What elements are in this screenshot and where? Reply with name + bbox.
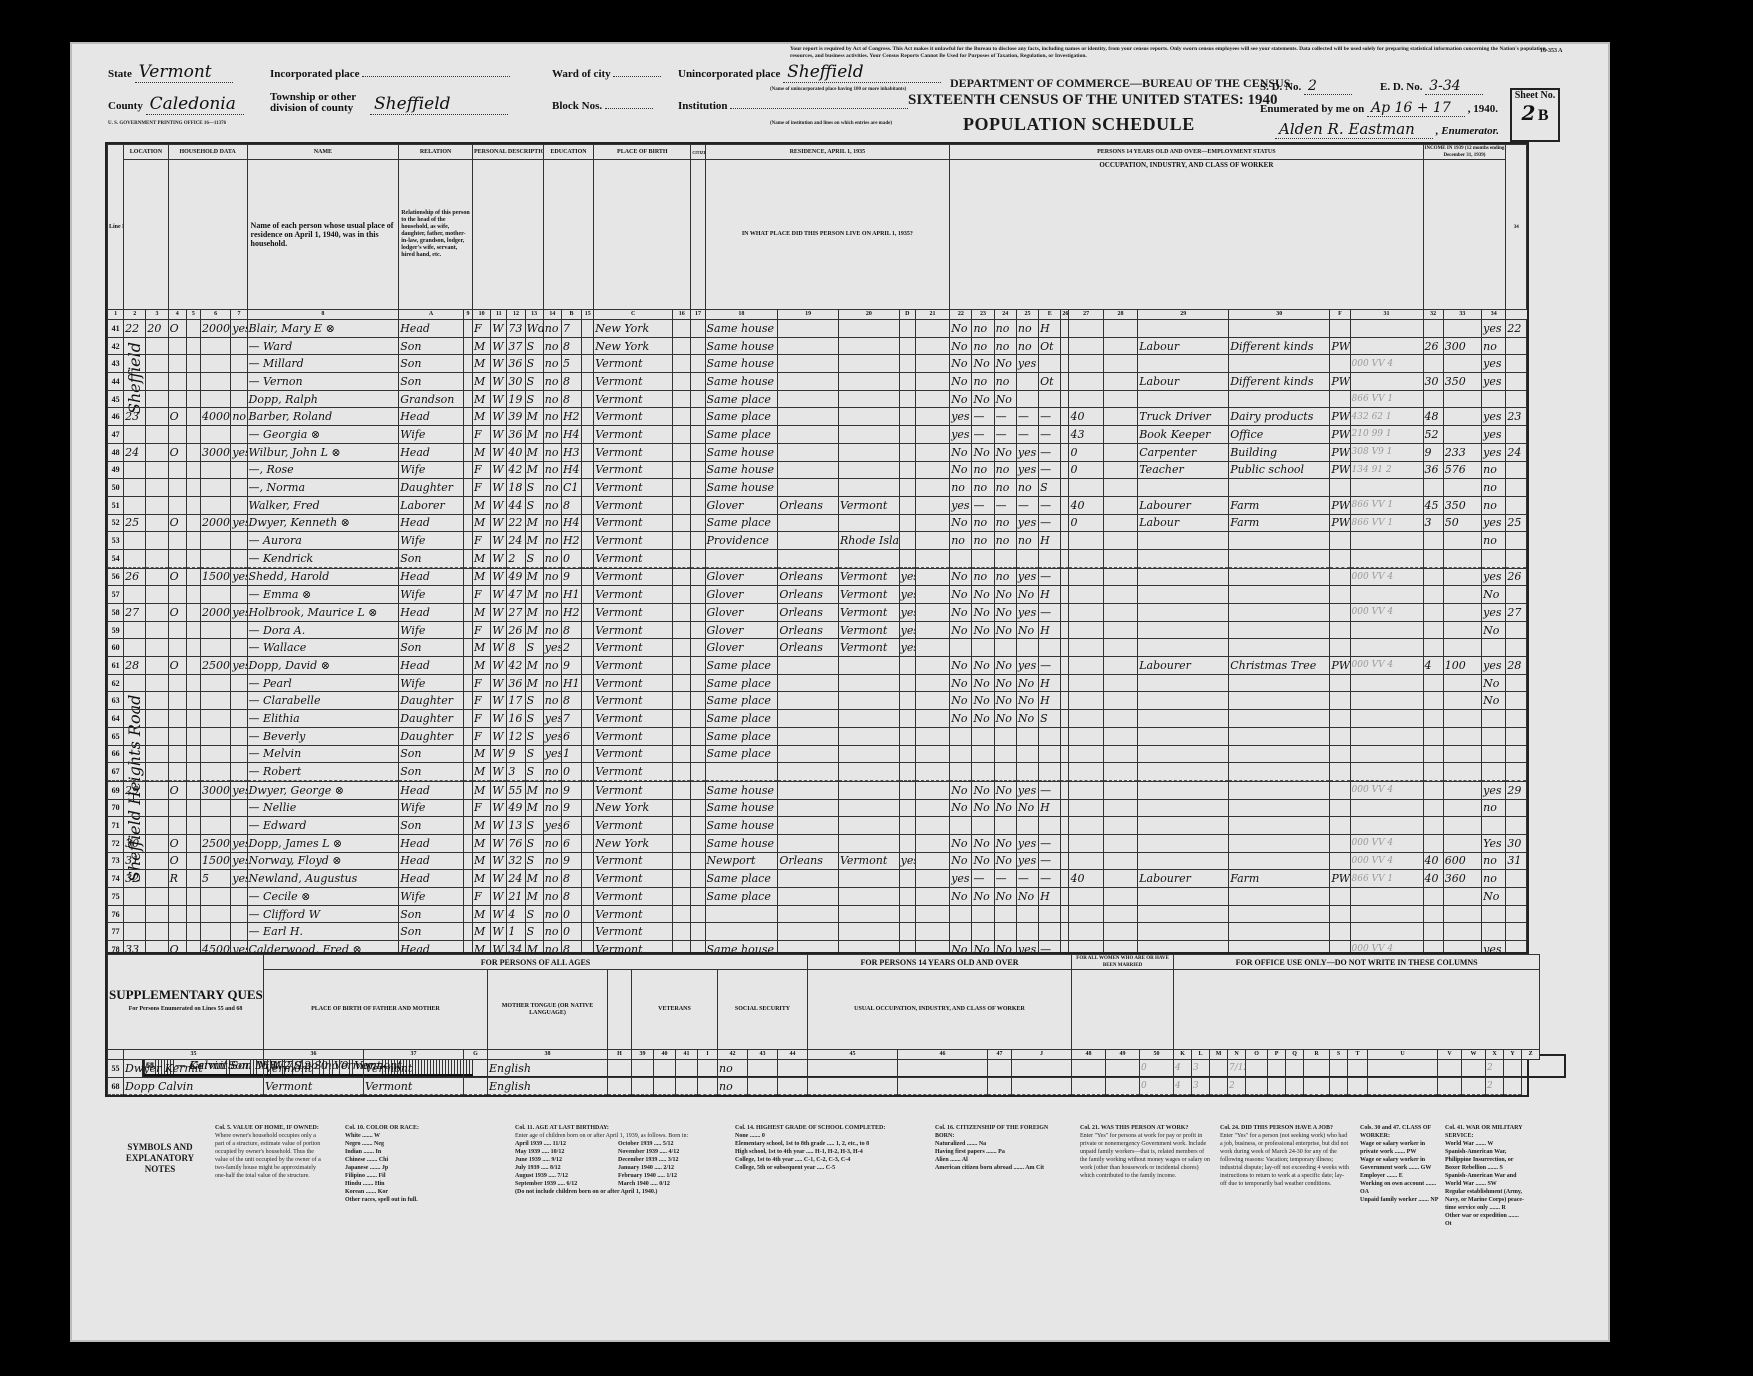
married-women-header: FOR ALL WOMEN WHO ARE OR HAVE BEEN MARRI… — [1072, 955, 1174, 970]
schedule-title: POPULATION SCHEDULE — [963, 114, 1195, 135]
cell-class: PW — [1330, 443, 1350, 461]
empty-cell — [915, 496, 949, 514]
empty-cell — [698, 1077, 718, 1095]
cell-industry: Public school — [1229, 461, 1330, 479]
cell-wages: 300 — [1443, 337, 1481, 355]
cell-farm: yes — [231, 781, 247, 799]
cell-industry: Farm — [1229, 496, 1330, 514]
empty-cell — [186, 355, 200, 373]
cell-r24: yes — [1016, 355, 1038, 373]
cell-school: no — [543, 674, 561, 692]
empty-cell — [186, 870, 200, 888]
empty-cell — [915, 408, 949, 426]
cell-hours — [1069, 674, 1103, 692]
cell-state — [838, 479, 899, 497]
empty-cell — [463, 834, 472, 852]
empty-cell — [915, 905, 949, 923]
cell-county — [778, 888, 839, 906]
cell-marital: S — [525, 337, 543, 355]
name-group-header: NAME — [247, 145, 399, 160]
empty-cell — [463, 426, 472, 444]
empty-cell — [748, 1060, 778, 1078]
cell-farm_no — [1506, 532, 1527, 550]
cell-name: Wilbur, John L ⊗ — [247, 443, 399, 461]
cell-tenure — [168, 373, 186, 391]
cell-r24: No — [1016, 888, 1038, 906]
cell-name: — Millard — [247, 355, 399, 373]
cell-other: yes — [1482, 568, 1506, 586]
cell-code — [1350, 337, 1423, 355]
office-code: 3 — [1192, 1060, 1210, 1078]
empty-cell — [673, 479, 691, 497]
cell-r23: no — [994, 479, 1016, 497]
cell-tenure: R — [168, 870, 186, 888]
cell-industry: Office — [1229, 426, 1330, 444]
column-number: 36 — [264, 1050, 364, 1060]
cell-marital: S — [525, 923, 543, 941]
note-item: Spanish-American War and World War .....… — [1445, 1172, 1525, 1188]
cell-grade: 8 — [561, 390, 581, 408]
cell-state: Vermont — [838, 586, 899, 604]
cell-tenure — [168, 461, 186, 479]
office-code: 0 — [1140, 1077, 1174, 1095]
cell-r20 — [899, 549, 915, 567]
cell-grade: H2 — [561, 532, 581, 550]
cell-farm_no — [1506, 870, 1527, 888]
cell-age: 36 — [507, 355, 525, 373]
cell-class — [1330, 390, 1350, 408]
cell-tenure — [168, 337, 186, 355]
empty-cell — [1061, 461, 1069, 479]
empty-cell — [915, 586, 949, 604]
cell-name: Barber, Roland — [247, 408, 399, 426]
cell-residence: Same house — [705, 355, 778, 373]
cell-race: W — [491, 834, 507, 852]
column-number: 43 — [748, 1050, 778, 1060]
cell-value — [201, 817, 231, 835]
cell-r23: — — [994, 408, 1016, 426]
cell-weeks_unemp — [1103, 373, 1137, 391]
cell-industry — [1229, 674, 1330, 692]
cell-farm_no — [1506, 888, 1527, 906]
empty-cell — [673, 692, 691, 710]
cell-weeks_unemp — [1103, 781, 1137, 799]
cell-relation: Head — [399, 568, 464, 586]
cell-farm_no — [1506, 621, 1527, 639]
cell-family — [146, 781, 168, 799]
cell-grade: 8 — [561, 337, 581, 355]
cell-r22: no — [972, 373, 994, 391]
empty-cell — [582, 905, 594, 923]
note-item: October 1939 ..... 5/12 — [618, 1140, 715, 1148]
confidentiality-notice: Your report is required by Act of Congre… — [790, 46, 1550, 60]
cell-state: Vermont — [838, 496, 899, 514]
enumerated-date-field: Enumerated by me on Ap 16 + 17 , 1940. — [1260, 100, 1498, 117]
office-code: 2 — [1228, 1077, 1246, 1095]
cell-family — [146, 568, 168, 586]
empty-cell — [915, 514, 949, 532]
line-number: 55 — [108, 1060, 124, 1078]
cell-sex: F — [473, 621, 491, 639]
cell-race: W — [491, 710, 507, 728]
cell-race: W — [491, 479, 507, 497]
cell-class: PW — [1330, 514, 1350, 532]
empty-cell — [186, 443, 200, 461]
empty-cell — [463, 799, 472, 817]
cell-wages — [1443, 674, 1481, 692]
empty-cell — [464, 1060, 488, 1078]
cell-r22: No — [972, 355, 994, 373]
note-item: July 1939 ..... 8/12 — [515, 1164, 612, 1172]
empty-cell — [1061, 604, 1069, 622]
cell-age: 40 — [507, 443, 525, 461]
cell-sex: M — [473, 870, 491, 888]
employment-group-header: PERSONS 14 YEARS OLD AND OVER—EMPLOYMENT… — [950, 145, 1423, 160]
cell-weeks — [1423, 799, 1443, 817]
table-row: 65— BeverlyDaughterFW12Syes6VermontSame … — [108, 727, 1527, 745]
empty-cell — [673, 763, 691, 781]
cell-school: no — [543, 496, 561, 514]
empty-cell — [691, 443, 705, 461]
cell-hours — [1069, 639, 1103, 657]
cell-weeks_unemp — [1103, 408, 1137, 426]
cell-weeks — [1423, 727, 1443, 745]
cell-state — [838, 337, 899, 355]
note-item: Other races, spell out in full. — [345, 1196, 495, 1204]
cell-weeks_unemp — [1103, 621, 1137, 639]
cell-r23: No — [994, 355, 1016, 373]
empty-cell — [582, 355, 594, 373]
cell-school: no — [543, 461, 561, 479]
cell-marital: M — [525, 799, 543, 817]
cell-sex: M — [473, 817, 491, 835]
cell-relation: Head — [399, 443, 464, 461]
cell-value — [201, 674, 231, 692]
cell-wages — [1443, 834, 1481, 852]
cell-age: 24 — [507, 870, 525, 888]
cell-relation: Daughter — [399, 710, 464, 728]
cell-marital: M — [525, 461, 543, 479]
cell-r25: — — [1039, 426, 1061, 444]
cell-occupation — [1138, 320, 1229, 338]
cell-weeks — [1423, 586, 1443, 604]
cell-residence: Same place — [705, 745, 778, 763]
cell-occupation — [1138, 710, 1229, 728]
cell-tenure — [168, 479, 186, 497]
cell-birthplace: Vermont — [594, 657, 673, 675]
cell-other — [1482, 549, 1506, 567]
cell-state — [838, 888, 899, 906]
cell-name: Dopp, David ⊗ — [247, 657, 399, 675]
cell-birthplace: Vermont — [594, 479, 673, 497]
over14-header: FOR PERSONS 14 YEARS OLD AND OVER — [808, 955, 1072, 970]
cell-r24: yes — [1016, 604, 1038, 622]
empty-cell — [915, 390, 949, 408]
cell-grade: H4 — [561, 426, 581, 444]
cell-occupation: Labourer — [1138, 870, 1229, 888]
table-row: 5626O1500yesShedd, HaroldHeadMW49Mno9Ver… — [108, 568, 1527, 586]
cell-r25 — [1039, 745, 1061, 763]
empty-cell — [673, 674, 691, 692]
cell-value — [201, 745, 231, 763]
cell-value: 1500 — [201, 852, 231, 870]
census-page: Your report is required by Act of Congre… — [70, 42, 1610, 1342]
column-number: C — [594, 310, 673, 320]
cell-tenure: O — [168, 514, 186, 532]
empty-cell — [915, 549, 949, 567]
cell-r21 — [950, 763, 972, 781]
cell-grade: 5 — [561, 355, 581, 373]
cell-r22: No — [972, 443, 994, 461]
cell-weeks_unemp — [1103, 657, 1137, 675]
empty-cell — [1462, 1060, 1486, 1078]
cell-value — [201, 461, 231, 479]
office-code — [1210, 1060, 1228, 1078]
cell-r21: No — [950, 692, 972, 710]
cell-hours — [1069, 373, 1103, 391]
cell-name: — Earl H. — [247, 923, 399, 941]
cell-relation: Head — [399, 320, 464, 338]
cell-name: Dopp, Ralph — [247, 390, 399, 408]
note-item: White ....... W — [345, 1132, 495, 1140]
cell-school: no — [543, 604, 561, 622]
cell-county — [778, 834, 839, 852]
column-number: 23 — [972, 310, 994, 320]
cell-tenure — [168, 532, 186, 550]
cell-code — [1350, 532, 1423, 550]
cell-residence: Glover — [705, 621, 778, 639]
column-number: F — [1330, 310, 1350, 320]
cell-hours — [1069, 549, 1103, 567]
empty-cell — [673, 461, 691, 479]
cell-r23: no — [994, 337, 1016, 355]
empty-cell — [691, 408, 705, 426]
cell-industry — [1229, 745, 1330, 763]
empty-cell — [463, 657, 472, 675]
cell-county — [778, 355, 839, 373]
empty-cell — [582, 781, 594, 799]
cell-dwelling — [124, 496, 146, 514]
veterans-header: VETERANS — [632, 970, 718, 1050]
cell-name: — Elithia — [247, 710, 399, 728]
cell-r20 — [899, 727, 915, 745]
cell-class — [1330, 549, 1350, 567]
cell-class: PW — [1330, 373, 1350, 391]
cell-r24 — [1016, 373, 1038, 391]
empty-cell — [988, 1060, 1012, 1078]
cell-age: 49 — [507, 568, 525, 586]
line-number: 74 — [108, 870, 124, 888]
cell-tenure — [168, 692, 186, 710]
cell-other — [1482, 727, 1506, 745]
cell-tenure: O — [168, 408, 186, 426]
cell-r21: No — [950, 568, 972, 586]
cell-state: Vermont — [838, 568, 899, 586]
cell-county — [778, 799, 839, 817]
cell-other: yes — [1482, 408, 1506, 426]
cell-hours — [1069, 479, 1103, 497]
cell-industry — [1229, 604, 1330, 622]
empty-cell — [691, 586, 705, 604]
cell-r20 — [899, 905, 915, 923]
cell-state — [838, 710, 899, 728]
cell-occupation — [1138, 355, 1229, 373]
cell-sex: M — [473, 923, 491, 941]
cell-dwelling — [124, 923, 146, 941]
cell-age: 4 — [507, 905, 525, 923]
cell-family — [146, 888, 168, 906]
cell-relation: Head — [399, 781, 464, 799]
column-number: 31 — [1350, 310, 1423, 320]
cell-school: no — [543, 337, 561, 355]
supplementary-row: 55Dwyer KermitVermontVermontEnglishno043… — [108, 1060, 1540, 1078]
cell-r21: No — [950, 888, 972, 906]
cell-r20 — [899, 657, 915, 675]
column-number: 41 — [676, 1050, 698, 1060]
cell-age: 17 — [507, 692, 525, 710]
cell-marital: S — [525, 355, 543, 373]
column-number: 50 — [1140, 1050, 1174, 1060]
empty-cell — [582, 799, 594, 817]
cell-school: no — [543, 621, 561, 639]
cell-farm — [231, 532, 247, 550]
empty-cell — [632, 1060, 654, 1078]
empty-cell — [691, 479, 705, 497]
cell-r20: yes — [899, 639, 915, 657]
cell-other — [1482, 745, 1506, 763]
column-number: R — [1304, 1050, 1330, 1060]
cell-name: Newland, Augustus — [247, 870, 399, 888]
cell-tenure: O — [168, 320, 186, 338]
cell-grade: 8 — [561, 888, 581, 906]
column-number: 20 — [838, 310, 899, 320]
empty-cell — [915, 443, 949, 461]
column-number: P — [1268, 1050, 1286, 1060]
cell-other: yes — [1482, 426, 1506, 444]
cell-residence — [705, 905, 778, 923]
cell-tenure: O — [168, 443, 186, 461]
cell-sex: M — [473, 781, 491, 799]
cell-r22: No — [972, 390, 994, 408]
cell-r25: H — [1039, 532, 1061, 550]
cell-sex: M — [473, 834, 491, 852]
cell-other: No — [1482, 586, 1506, 604]
cell-weeks — [1423, 621, 1443, 639]
cell-residence: Same house — [705, 373, 778, 391]
cell-industry — [1229, 905, 1330, 923]
empty-cell — [186, 479, 200, 497]
cell-weeks_unemp — [1103, 674, 1137, 692]
note-item: Unpaid family worker ....... NP — [1360, 1196, 1440, 1204]
cell-grade: H1 — [561, 674, 581, 692]
cell-hours — [1069, 763, 1103, 781]
personal-group-header: PERSONAL DESCRIPTION — [473, 145, 544, 160]
cell-dwelling: 26 — [124, 568, 146, 586]
cell-sex: F — [473, 586, 491, 604]
cell-r25 — [1039, 727, 1061, 745]
cell-r25: S — [1039, 710, 1061, 728]
cell-r25 — [1039, 817, 1061, 835]
cell-residence: Same house — [705, 479, 778, 497]
empty-cell — [463, 514, 472, 532]
cell-farm_no — [1506, 496, 1527, 514]
note-item: Indian ....... In — [345, 1148, 495, 1156]
line-number: 53 — [108, 532, 124, 550]
cell-county — [778, 870, 839, 888]
cell-r24: yes — [1016, 781, 1038, 799]
empty-cell — [582, 710, 594, 728]
empty-cell — [582, 727, 594, 745]
cell-farm — [231, 496, 247, 514]
cell-dwelling — [124, 692, 146, 710]
sheet-side: B — [1538, 107, 1549, 124]
line-number: 50 — [108, 479, 124, 497]
cell-county — [778, 710, 839, 728]
empty-cell — [463, 621, 472, 639]
empty-cell — [1072, 1077, 1106, 1095]
cell-race: W — [491, 549, 507, 567]
cell-family — [146, 355, 168, 373]
cell-name: —, Rose — [247, 461, 399, 479]
cell-tenure — [168, 817, 186, 835]
cell-family — [146, 710, 168, 728]
cell-r22: No — [972, 834, 994, 852]
cell-marital: M — [525, 657, 543, 675]
empty-cell — [1061, 568, 1069, 586]
enumerator-signature: Alden R. Eastman — [1275, 120, 1433, 139]
cell-birthplace: Vermont — [594, 923, 673, 941]
cell-class — [1330, 586, 1350, 604]
cell-age: 39 — [507, 408, 525, 426]
cell-wages — [1443, 479, 1481, 497]
cell-wages — [1443, 692, 1481, 710]
cell-occupation — [1138, 727, 1229, 745]
table-row: 70— NellieWifeFW49Mno9New YorkSame house… — [108, 799, 1527, 817]
note-item: June 1939 ..... 9/12 — [515, 1156, 612, 1164]
table-row: 49—, RoseWifeFW42MnoH4VermontSame houseN… — [108, 461, 1527, 479]
cell-farm: yes — [231, 568, 247, 586]
explanatory-notes: SYMBOLS AND EXPLANATORY NOTES Col. 5. VA… — [105, 1124, 1525, 1234]
cell-sex: F — [473, 426, 491, 444]
column-number: 25 — [1016, 310, 1038, 320]
table-row: 66— MelvinSonMW9Syes1VermontSame place — [108, 745, 1527, 763]
cell-name: Dopp Calvin — [124, 1077, 264, 1095]
cell-school: no — [543, 799, 561, 817]
cell-school: yes — [543, 745, 561, 763]
cell-social-security: no — [718, 1077, 748, 1095]
empty-cell — [915, 852, 949, 870]
cell-r20 — [899, 514, 915, 532]
office-code: 4 — [1174, 1077, 1192, 1095]
column-number: 14 — [543, 310, 561, 320]
cell-value: 2000 — [201, 320, 231, 338]
cell-weeks: 40 — [1423, 852, 1443, 870]
cell-county — [778, 817, 839, 835]
empty-cell — [582, 320, 594, 338]
cell-r21: No — [950, 320, 972, 338]
cell-county — [778, 549, 839, 567]
cell-value — [201, 639, 231, 657]
department-title: DEPARTMENT OF COMMERCE—BUREAU OF THE CEN… — [950, 76, 1290, 91]
empty-cell — [915, 692, 949, 710]
note-item: September 1939 ..... 6/12 — [515, 1180, 612, 1188]
cell-occupation — [1138, 692, 1229, 710]
line-number: 51 — [108, 496, 124, 514]
cell-code — [1350, 621, 1423, 639]
citizenship-group-header: CITIZENSHIP — [691, 145, 705, 160]
cell-r24: yes — [1016, 443, 1038, 461]
table-row: 5225O2000yesDwyer, Kenneth ⊗HeadMW22MnoH… — [108, 514, 1527, 532]
